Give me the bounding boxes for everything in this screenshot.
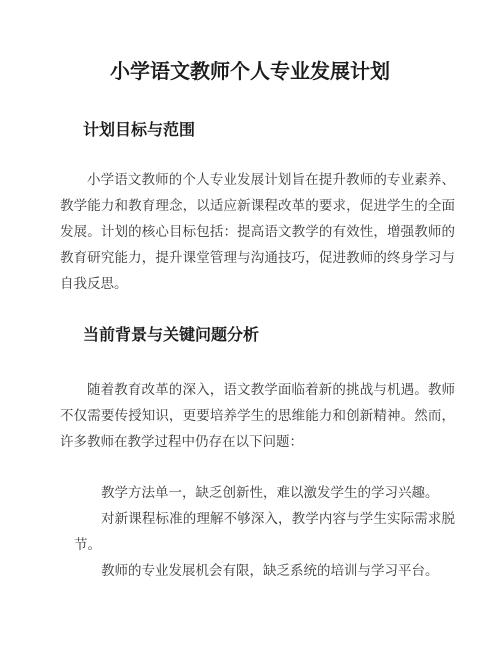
- issues-list: 教学方法单一，缺乏创新性，难以激发学生的学习兴趣。 对新课程标准的理解不够深入，…: [60, 480, 455, 584]
- section-heading-goals-and-scope: 计划目标与范围: [83, 118, 455, 143]
- document-title: 小学语文教师个人专业发展计划: [60, 59, 455, 85]
- list-item-curriculum-standards: 对新课程标准的理解不够深入，教学内容与学生实际需求脱节。: [74, 506, 455, 558]
- paragraph-goals-and-scope: 小学语文教师的个人专业发展计划旨在提升教师的专业素养、教学能力和教育理念，以适应…: [60, 167, 455, 297]
- list-item-development-opportunities: 教师的专业发展机会有限，缺乏系统的培训与学习平台。: [74, 558, 455, 584]
- list-item-teaching-methods: 教学方法单一，缺乏创新性，难以激发学生的学习兴趣。: [74, 480, 455, 506]
- section-heading-background-analysis: 当前背景与关键问题分析: [83, 323, 455, 348]
- document-page: 小学语文教师个人专业发展计划 计划目标与范围 小学语文教师的个人专业发展计划旨在…: [0, 0, 500, 647]
- paragraph-background-analysis: 随着教育改革的深入，语文教学面临着新的挑战与机遇。教师不仅需要传授知识，更要培养…: [60, 377, 455, 455]
